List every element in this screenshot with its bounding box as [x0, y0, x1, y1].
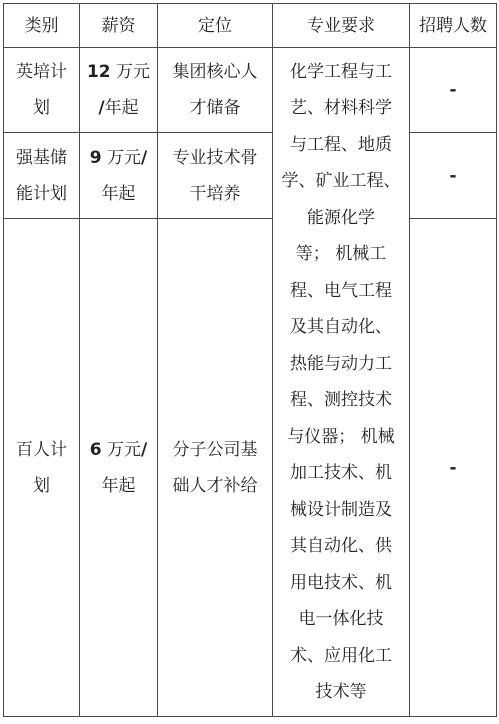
header-row: 类别 薪资 定位 专业要求 招聘人数 [4, 4, 497, 48]
table-row-qiangji: 强基储能计划 9 万元/年起 专业技术骨干培养 - [4, 133, 497, 219]
headcount-value: - [449, 458, 456, 478]
table-row-bairen: 百人计划 6 万元/年起 分子公司基础人才补给 - [4, 219, 497, 717]
headcount-value: - [449, 80, 456, 100]
header-requirements: 专业要求 [273, 4, 410, 48]
position-cell: 分子公司基础人才补给 [158, 219, 273, 717]
category-cell: 百人计划 [4, 219, 80, 717]
header-salary: 薪资 [80, 4, 158, 48]
header-position: 定位 [158, 4, 273, 48]
category-cell: 英培计划 [4, 48, 80, 133]
position-cell: 专业技术骨干培养 [158, 133, 273, 219]
salary-cell: 12 万元/年起 [80, 48, 158, 133]
table-row-yingpei: 英培计划 12 万元/年起 集团核心人才储备 化学工程与工艺、材料科学与工程、地… [4, 48, 497, 133]
position-cell: 集团核心人才储备 [158, 48, 273, 133]
headcount-cell: - [410, 48, 497, 133]
salary-cell: 6 万元/年起 [80, 219, 158, 717]
headcount-cell: - [410, 133, 497, 219]
requirements-cell: 化学工程与工艺、材料科学与工程、地质学、矿业工程、能源化学等； 机械工程、电气工… [273, 48, 410, 717]
salary-cell: 9 万元/年起 [80, 133, 158, 219]
header-headcount: 招聘人数 [410, 4, 497, 48]
header-category: 类别 [4, 4, 80, 48]
recruitment-table: 类别 薪资 定位 专业要求 招聘人数 英培计划 12 万元/年起 集团核心人才储… [3, 3, 497, 717]
headcount-value: - [449, 166, 456, 186]
headcount-cell: - [410, 219, 497, 717]
category-cell: 强基储能计划 [4, 133, 80, 219]
